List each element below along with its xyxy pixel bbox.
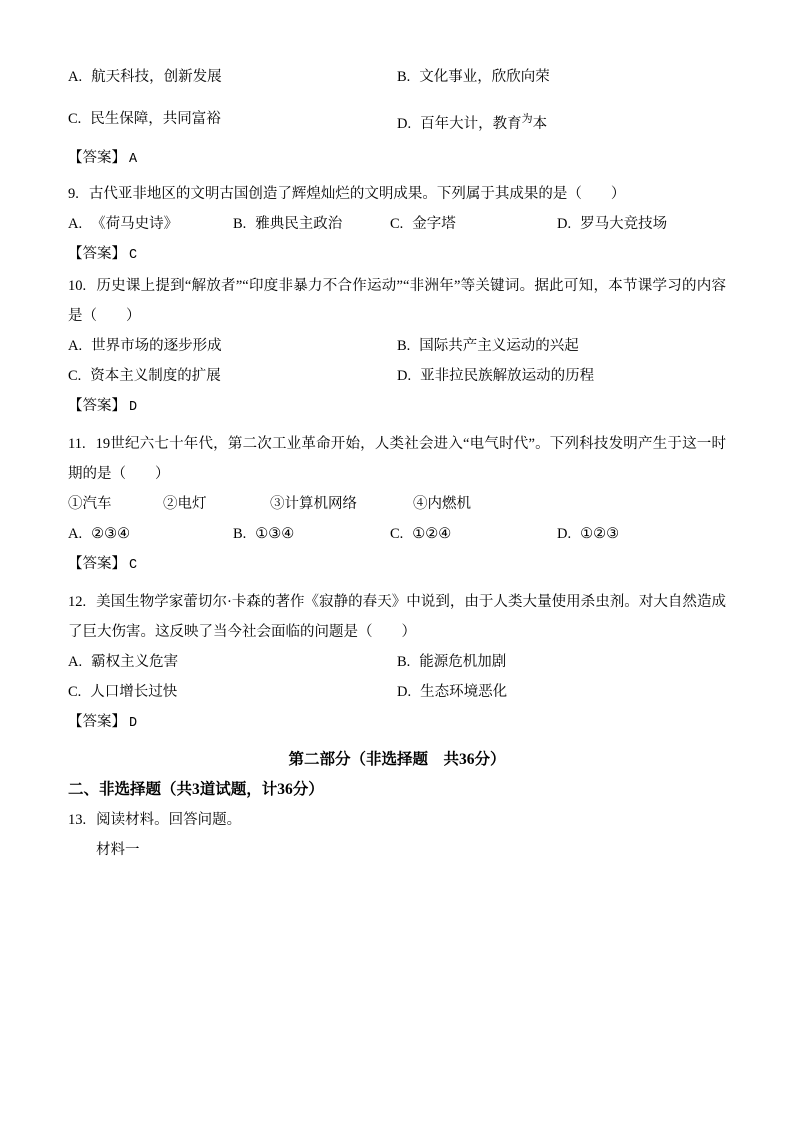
option-d: D.百年大计，教育为本: [397, 104, 726, 139]
option-a: A.《荷马史诗》: [68, 209, 178, 239]
question-9-answer: 【答案】C: [68, 239, 726, 271]
question-8-options-row-2: C.民生保障，共同富裕 D.百年大计，教育为本: [68, 104, 726, 139]
option-d-label: D.: [557, 526, 571, 542]
option-d: D.①②③: [557, 519, 619, 549]
option-c-label: C.: [68, 684, 81, 700]
option-c-text: 民生保障，共同富裕: [90, 111, 221, 127]
question-11-items-row: ①汽车 ②电灯 ③计算机网络 ④内燃机: [68, 489, 726, 519]
question-11-options-row: A.②③④ B.①③④ C.①②④ D.①②③: [68, 519, 726, 549]
question-10-answer: 【答案】D: [68, 391, 726, 423]
question-12-number: 12.: [68, 594, 86, 610]
option-c-text: 资本主义制度的扩展: [90, 368, 221, 384]
option-d-label: D.: [557, 216, 571, 232]
option-b: B.文化事业，欣欣向荣: [397, 62, 726, 92]
option-a: A.航天科技，创新发展: [68, 62, 397, 92]
option-d: D.亚非拉民族解放运动的历程: [397, 361, 726, 391]
page-content: A.航天科技，创新发展 B.文化事业，欣欣向荣 C.民生保障，共同富裕 D.百年…: [68, 62, 726, 865]
question-9-options-row: A.《荷马史诗》 B.雅典民主政治 C.金字塔 D.罗马大竞技场: [68, 209, 726, 239]
question-10-options-row-2: C.资本主义制度的扩展 D.亚非拉民族解放运动的历程: [68, 361, 726, 391]
item-2: ②电灯: [163, 489, 207, 519]
option-d-text-pre: 百年大计，教育: [420, 116, 522, 132]
material-one-label: 材料一: [68, 835, 726, 865]
option-d: D.罗马大竞技场: [557, 209, 667, 239]
answer-label: 【答案】: [68, 714, 126, 730]
option-d-label: D.: [397, 684, 411, 700]
option-a: A.世界市场的逐步形成: [68, 331, 397, 361]
option-b: B.雅典民主政治: [233, 209, 342, 239]
question-10-text: 历史课上提到“解放者”“印度非暴力不合作运动”“非洲年”等关键词。据此可知，本节…: [68, 278, 726, 324]
question-12-text: 美国生物学家蕾切尔·卡森的著作《寂静的春天》中说到，由于人类大量使用杀虫剂。对大…: [68, 594, 726, 640]
answer-letter: D: [129, 400, 137, 415]
option-b-label: B.: [397, 69, 410, 85]
option-b-text: 能源危机加剧: [419, 654, 506, 670]
option-c: C.金字塔: [390, 209, 456, 239]
option-d-label: D.: [397, 368, 411, 384]
option-a-label: A.: [68, 526, 82, 542]
option-b: B.能源危机加剧: [397, 647, 726, 677]
option-c-text: ①②④: [412, 526, 451, 542]
option-a-text: 航天科技，创新发展: [91, 69, 222, 85]
question-9-text: 古代亚非地区的文明古国创造了辉煌灿烂的文明成果。下列属于其成果的是（ ）: [89, 186, 626, 202]
question-8-answer: 【答案】A: [68, 143, 726, 175]
answer-letter: D: [129, 716, 137, 731]
question-13-stem: 13.阅读材料。回答问题。: [68, 805, 726, 835]
question-12-answer: 【答案】D: [68, 707, 726, 739]
option-c-label: C.: [68, 111, 81, 127]
option-a-label: A.: [68, 654, 82, 670]
question-8-options-row-1: A.航天科技，创新发展 B.文化事业，欣欣向荣: [68, 62, 726, 92]
option-b-text: 雅典民主政治: [255, 216, 342, 232]
option-b-label: B.: [397, 338, 410, 354]
option-c-label: C.: [68, 368, 81, 384]
option-a: A.霸权主义危害: [68, 647, 397, 677]
option-b-text: 国际共产主义运动的兴起: [419, 338, 579, 354]
question-9-stem: 9.古代亚非地区的文明古国创造了辉煌灿烂的文明成果。下列属于其成果的是（ ）: [68, 179, 726, 209]
option-d-text: ①②③: [580, 526, 619, 542]
option-c: C.民生保障，共同富裕: [68, 104, 397, 139]
question-11-answer: 【答案】C: [68, 549, 726, 581]
option-c-text: 人口增长过快: [90, 684, 177, 700]
option-d-superscript: 为: [522, 113, 533, 125]
option-c: C.人口增长过快: [68, 677, 397, 707]
option-b: B.国际共产主义运动的兴起: [397, 331, 726, 361]
option-c-label: C.: [390, 526, 403, 542]
question-11-text: 19世纪六七十年代，第二次工业革命开始，人类社会进入“电气时代”。下列科技发明产…: [68, 436, 726, 482]
option-b-label: B.: [397, 654, 410, 670]
part-2-heading: 第二部分（非选择题 共36分）: [68, 745, 726, 775]
option-a-text: ②③④: [91, 526, 130, 542]
option-c: C.①②④: [390, 519, 451, 549]
answer-letter: A: [129, 152, 137, 167]
answer-label: 【答案】: [68, 246, 126, 262]
question-12-stem: 12.美国生物学家蕾切尔·卡森的著作《寂静的春天》中说到，由于人类大量使用杀虫剂…: [68, 587, 726, 647]
item-3: ③计算机网络: [270, 489, 357, 519]
question-10-number: 10.: [68, 278, 86, 294]
option-a-label: A.: [68, 216, 82, 232]
question-11-number: 11.: [68, 436, 86, 452]
answer-label: 【答案】: [68, 150, 126, 166]
question-10-stem: 10.历史课上提到“解放者”“印度非暴力不合作运动”“非洲年”等关键词。据此可知…: [68, 271, 726, 331]
option-d-text-post: 本: [533, 116, 548, 132]
option-b-text: ①③④: [255, 526, 294, 542]
option-d-text: 罗马大竞技场: [580, 216, 667, 232]
option-b-label: B.: [233, 216, 246, 232]
option-c-text: 金字塔: [412, 216, 456, 232]
option-d: D.生态环境恶化: [397, 677, 726, 707]
question-13-text: 阅读材料。回答问题。: [96, 812, 241, 828]
answer-label: 【答案】: [68, 398, 126, 414]
option-a-label: A.: [68, 69, 82, 85]
option-a-text: 世界市场的逐步形成: [91, 338, 222, 354]
exam-document-page: A.航天科技，创新发展 B.文化事业，欣欣向荣 C.民生保障，共同富裕 D.百年…: [0, 0, 794, 1123]
option-a-text: 霸权主义危害: [91, 654, 178, 670]
answer-letter: C: [129, 558, 137, 573]
option-c: C.资本主义制度的扩展: [68, 361, 397, 391]
option-a-label: A.: [68, 338, 82, 354]
option-a: A.②③④: [68, 519, 130, 549]
item-4: ④内燃机: [413, 489, 471, 519]
question-11-stem: 11.19世纪六七十年代，第二次工业革命开始，人类社会进入“电气时代”。下列科技…: [68, 429, 726, 489]
option-b: B.①③④: [233, 519, 294, 549]
option-d-label: D.: [397, 116, 411, 132]
answer-letter: C: [129, 248, 137, 263]
section-2-subheading: 二、非选择题（共3道试题，计36分）: [68, 775, 726, 805]
question-9-number: 9.: [68, 186, 79, 202]
question-12-options-row-1: A.霸权主义危害 B.能源危机加剧: [68, 647, 726, 677]
option-c-label: C.: [390, 216, 403, 232]
item-1: ①汽车: [68, 489, 112, 519]
option-d-text: 生态环境恶化: [420, 684, 507, 700]
option-a-text: 《荷马史诗》: [91, 216, 178, 232]
option-b-label: B.: [233, 526, 246, 542]
question-12-options-row-2: C.人口增长过快 D.生态环境恶化: [68, 677, 726, 707]
question-13-number: 13.: [68, 812, 86, 828]
answer-label: 【答案】: [68, 556, 126, 572]
option-d-text: 亚非拉民族解放运动的历程: [420, 368, 594, 384]
option-b-text: 文化事业，欣欣向荣: [419, 69, 550, 85]
question-10-options-row-1: A.世界市场的逐步形成 B.国际共产主义运动的兴起: [68, 331, 726, 361]
